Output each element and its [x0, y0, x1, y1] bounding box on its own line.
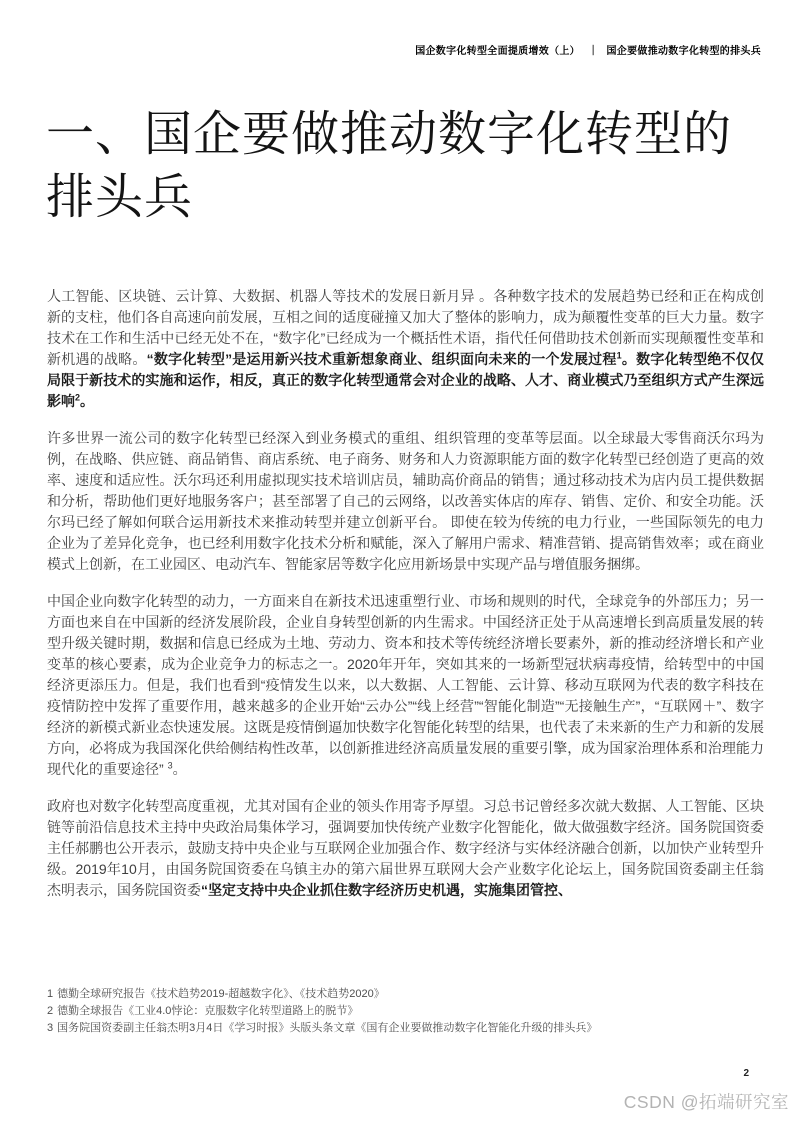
running-header-section-title: 国企要做推动数字化转型的排头兵 [607, 46, 762, 57]
emphasis-text: 。 [80, 393, 94, 409]
paragraph: 许多世界一流公司的数字化转型已经深入到业务模式的重组、组织管理的变革等层面。以全… [47, 428, 764, 575]
body-paragraphs: 人工智能、区块链、云计算、大数据、机器人等技术的发展日新月异 。各种数字技术的发… [47, 286, 764, 917]
paragraph: 人工智能、区块链、云计算、大数据、机器人等技术的发展日新月异 。各种数字技术的发… [47, 286, 764, 412]
footnote-number: 2 [47, 1005, 53, 1017]
footnote-number: 1 [47, 988, 53, 1000]
footnote-text: 德勤全球报告《工业4.0悖论：克服数字化转型道路上的脱节》 [57, 1005, 358, 1017]
footnote-number: 3 [47, 1022, 53, 1034]
footnote-item: 2德勤全球报告《工业4.0悖论：克服数字化转型道路上的脱节》 [47, 1003, 764, 1020]
body-text: 许多世界一流公司的数字化转型已经深入到业务模式的重组、组织管理的变革等层面。以全… [47, 430, 764, 572]
running-header-doc-title: 国企数字化转型全面提质增效（上） [415, 46, 580, 57]
footnote-item: 3国务院国资委副主任翁杰明3月4日《学习时报》头版头条文章《国有企业要做推动数字… [47, 1020, 764, 1037]
paragraph: 中国企业向数字化转型的动力，一方面来自在新技术迅速重塑行业、市场和规则的时代，全… [47, 591, 764, 780]
footnote-text: 国务院国资委副主任翁杰明3月4日《学习时报》头版头条文章《国有企业要做推动数字化… [57, 1022, 597, 1034]
document-page: 国企数字化转型全面提质增效（上） ｜ 国企要做推动数字化转型的排头兵 一、国企要… [0, 0, 793, 1122]
body-text: 。 [173, 761, 187, 777]
paragraph: 政府也对数字化转型高度重视，尤其对国有企业的领头作用寄予厚望。习总书记曾经多次就… [47, 796, 764, 901]
emphasis-text: “数字化转型”是运用新兴技术重新想象商业、组织面向未来的一个发展过程 [147, 351, 617, 367]
page-title: 一、国企要做推动数字化转型的排头兵 [46, 103, 752, 229]
page-number: 2 [743, 1068, 749, 1079]
footnote-item: 1德勤全球研究报告《技术趋势2019-超越数字化》、《技术趋势2020》 [47, 986, 764, 1003]
footnote-text: 德勤全球研究报告《技术趋势2019-超越数字化》、《技术趋势2020》 [57, 988, 385, 1000]
footnotes: 1德勤全球研究报告《技术趋势2019-超越数字化》、《技术趋势2020》2德勤全… [47, 986, 764, 1037]
watermark: CSDN @拓端研究室 [624, 1089, 789, 1114]
emphasis-text: “坚定支持中央企业抓住数字经济历史机遇，实施集团管控、 [201, 882, 572, 898]
body-text: 中国企业向数字化转型的动力，一方面来自在新技术迅速重塑行业、市场和规则的时代，全… [47, 593, 764, 777]
running-header: 国企数字化转型全面提质增效（上） ｜ 国企要做推动数字化转型的排头兵 [415, 42, 761, 57]
running-header-separator: ｜ [588, 46, 598, 57]
